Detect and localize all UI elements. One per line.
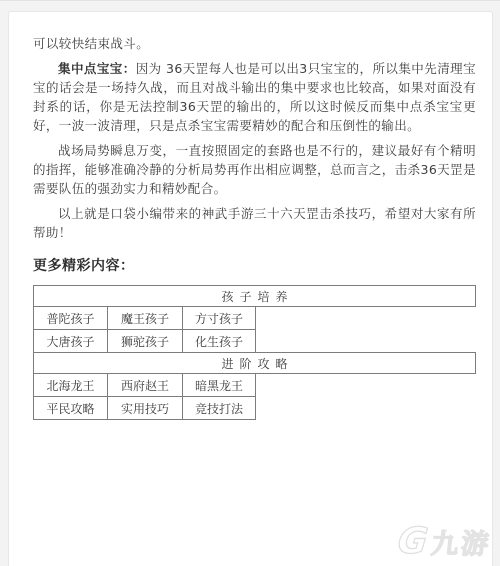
paragraph-intro-tail: 可以较快结束战斗。 [33,34,476,53]
page-background: { "article": { "intro_tail": "可以较快结束战斗。"… [0,0,500,566]
table-empty-cell [256,330,476,353]
table-row: 北海龙王 西府赵王 暗黑龙王 [34,374,476,397]
table-row: 孩子培养 [34,286,476,307]
table-row: 大唐孩子 狮驼孩子 化生孩子 [34,330,476,353]
table-row: 普陀孩子 魔王孩子 方寸孩子 [34,307,476,330]
more-content-heading: 更多精彩内容： [33,255,476,275]
9game-watermark: G 九游 [397,524,494,560]
related-link[interactable]: 方寸孩子 [183,307,256,330]
paragraph-closing: 以上就是口袋小编带来的神武手游三十六天罡击杀技巧，希望对大家有所帮助！ [33,204,476,242]
related-link[interactable]: 暗黑龙王 [183,374,256,397]
related-link[interactable]: 化生孩子 [183,330,256,353]
related-link[interactable]: 大唐孩子 [34,330,108,353]
table-empty-cell [256,397,476,420]
related-link[interactable]: 实用技巧 [108,397,183,420]
table-section-header-children: 孩子培养 [34,286,476,307]
watermark-text: 九游 [430,530,493,560]
table-empty-cell [256,374,476,397]
9game-logo-icon: G [397,524,430,560]
related-link[interactable]: 西府赵王 [108,374,183,397]
article-card: 可以较快结束战斗。 集中点宝宝：因为 36天罡每人也是可以出3只宝宝的，所以集中… [8,11,493,566]
related-link[interactable]: 北海龙王 [34,374,108,397]
related-link[interactable]: 普陀孩子 [34,307,108,330]
paragraph-lead: 集中点宝宝： [58,61,136,76]
paragraph-focus-pets: 集中点宝宝：因为 36天罡每人也是可以出3只宝宝的，所以集中先清理宝宝的话会是一… [33,59,476,135]
related-link[interactable]: 竞技打法 [183,397,256,420]
related-link[interactable]: 平民攻略 [34,397,108,420]
table-empty-cell [256,307,476,330]
paragraph-battlefield: 战场局势瞬息万变，一直按照固定的套路也是不行的，建议最好有个精明的指挥，能够准确… [33,141,476,198]
table-row: 进阶攻略 [34,353,476,374]
related-link[interactable]: 狮驼孩子 [108,330,183,353]
related-link[interactable]: 魔王孩子 [108,307,183,330]
related-links-table: 孩子培养 普陀孩子 魔王孩子 方寸孩子 大唐孩子 狮驼孩子 化生孩子 进阶攻略 … [33,285,476,420]
table-row: 平民攻略 实用技巧 竞技打法 [34,397,476,420]
table-section-header-advanced: 进阶攻略 [34,353,476,374]
